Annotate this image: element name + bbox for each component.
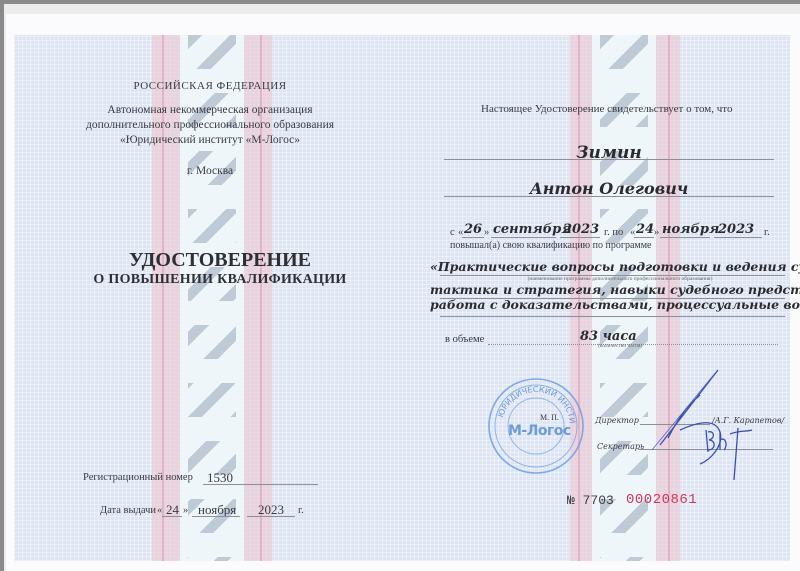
recipient-surname: Зимин [444,143,774,163]
volume-value: 83 часа [580,329,637,344]
period-to-prefix: г. по [604,227,623,238]
organization-line-1: Автономная некоммерческая организация [60,103,360,118]
from-month-underline [491,237,556,238]
program-line-3: работа с доказательствами, процессуальны… [430,297,800,312]
period-suffix: г. [764,227,770,238]
period-from-month: сентября [493,222,572,237]
volume-label: в объеме [445,334,484,345]
period-from-close-quote: » [484,227,489,238]
organization-line-2: дополнительного профессионального образо… [60,118,360,133]
stamp-ring-text: ЮРИДИЧЕСКИЙ ИНСТИТУТ [486,376,577,424]
svg-text:ЮРИДИЧЕСКИЙ ИНСТИТУТ: ЮРИДИЧЕСКИЙ ИНСТИТУТ [486,376,577,424]
issue-year-underline [247,516,295,517]
serial-number: 00020861 [626,492,697,508]
intro-text: Настоящее Удостоверение свидетельствует … [481,103,732,115]
to-day-underline [634,237,654,238]
director-label: Директор [595,416,639,425]
to-year-underline [714,237,762,238]
period-to-month: ноября [662,222,719,237]
period-from-day: 26 [464,222,482,237]
from-day-underline [462,237,484,238]
period-to-day: 24 [636,222,654,237]
stamp-mp-label: М. П. [540,413,559,422]
registration-underline [203,484,318,485]
surname-underline [444,159,774,160]
country-heading: РОССИЙСКАЯ ФЕДЕРАЦИЯ [60,80,360,92]
registration-label: Регистрационный номер [83,472,193,483]
given-names-underline [444,196,774,197]
stamp-text: М-Логос [508,423,571,439]
serial-prefix: № 7703 [567,493,614,508]
issue-day-underline [162,516,182,517]
institute-stamp: ЮРИДИЧЕСКИЙ ИНСТИТУТ М-Логос М. П. [486,376,586,476]
volume-caption: (количество часов) [598,343,642,349]
program-underline-3 [440,316,785,317]
program-line-2: тактика и стратегия, навыки судебного пр… [430,282,800,297]
issue-open-quote: « [157,505,162,516]
program-line-1: «Практические вопросы подготовки и веден… [430,259,800,274]
from-year-underline [560,237,600,238]
issue-month-underline [192,516,240,517]
period-from-year: 2023 [563,222,599,237]
issue-close-quote: » [183,505,188,516]
organization-line-3: «Юридический институт «М-Логос» [60,133,360,148]
period-to-close-quote: » [654,227,659,238]
issue-date-label: Дата выдачи [100,505,156,516]
period-to-year: 2023 [718,222,754,237]
qualification-text: повышал(а) свою квалификацию по программ… [450,240,651,251]
period-from-prefix: с [450,227,455,238]
certificate-subtitle: О ПОВЫШЕНИИ КВАЛИФИКАЦИИ [60,272,380,288]
city: г. Москва [60,164,360,179]
issue-year-suffix: г. [298,505,304,516]
certificate-title: УДОСТОВЕРЕНИЕ [60,249,380,272]
to-month-underline [660,237,710,238]
secretary-signature-icon [700,420,760,485]
